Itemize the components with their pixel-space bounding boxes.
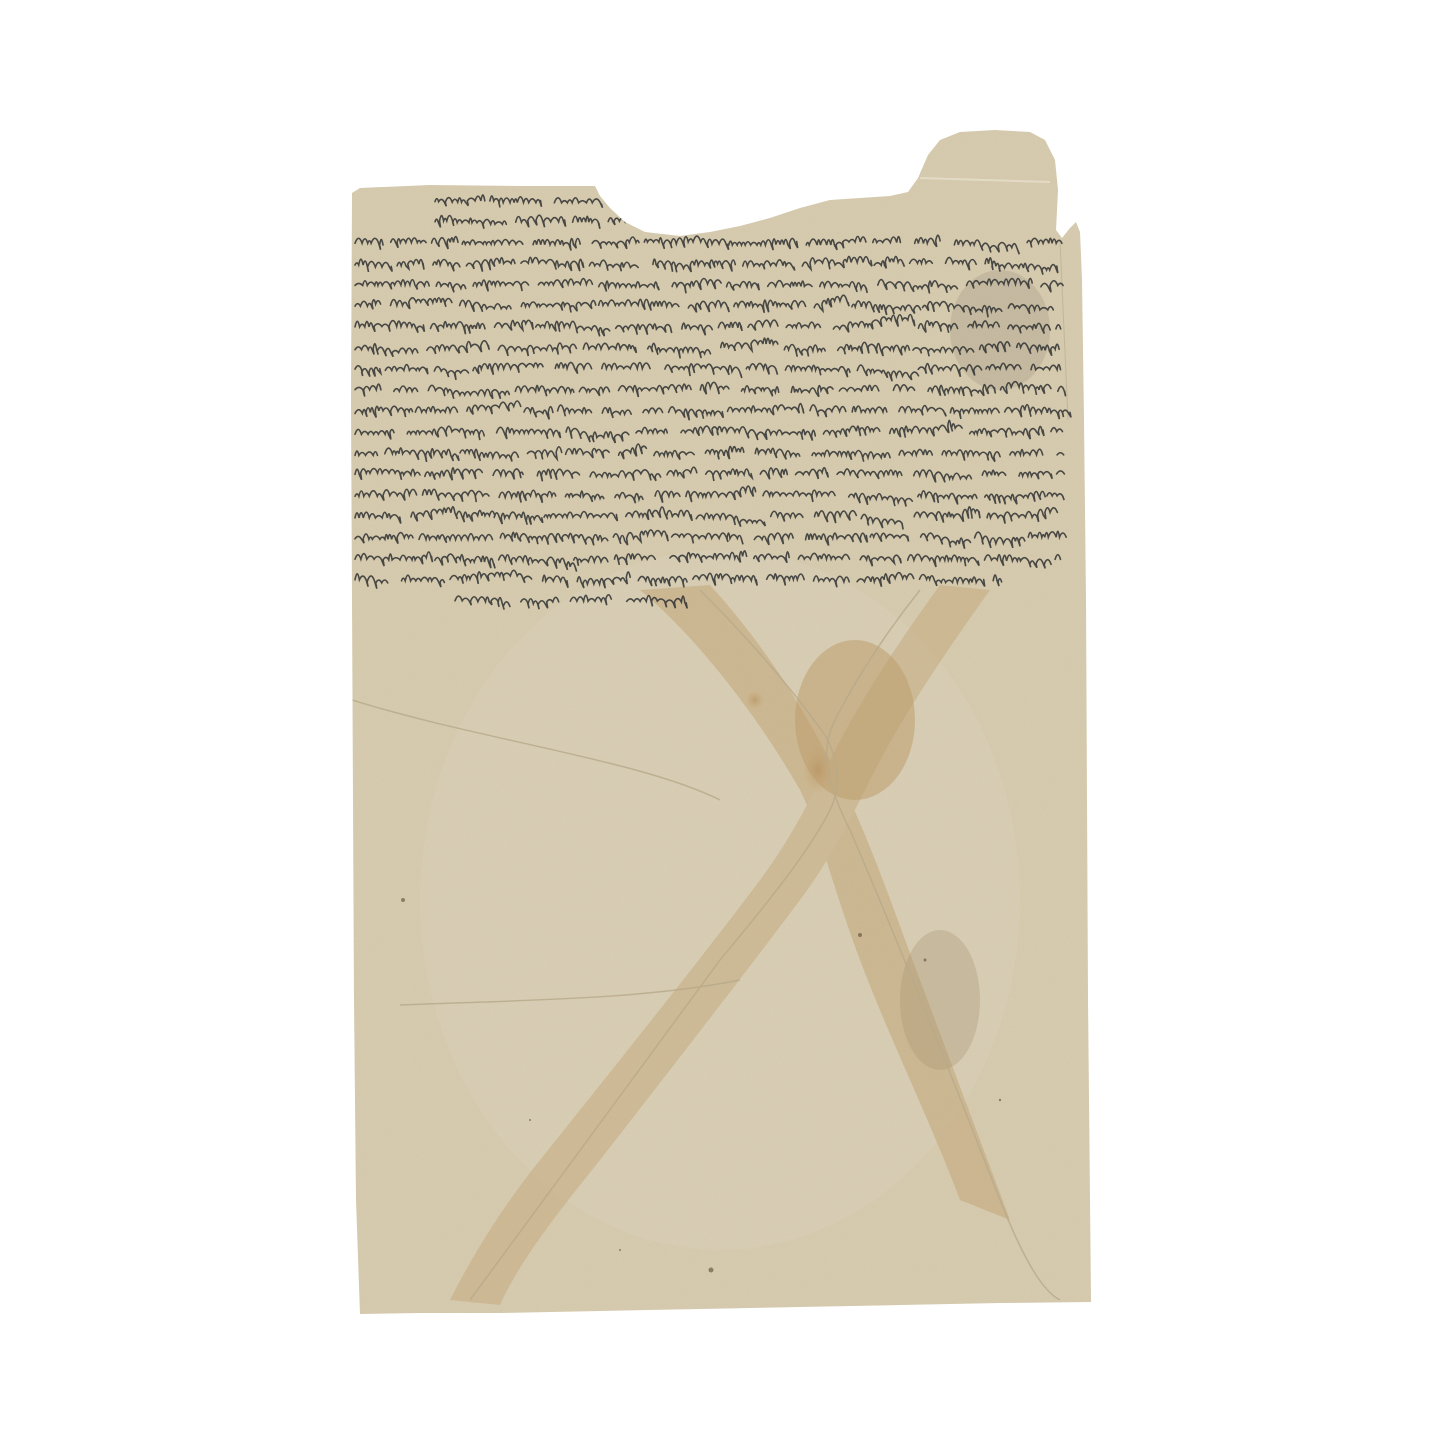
paper-grain	[340, 120, 1100, 1320]
photo-scene: Dense cursive shorthand script filling u…	[0, 0, 1445, 1445]
envelope-illustration	[0, 0, 1445, 1445]
